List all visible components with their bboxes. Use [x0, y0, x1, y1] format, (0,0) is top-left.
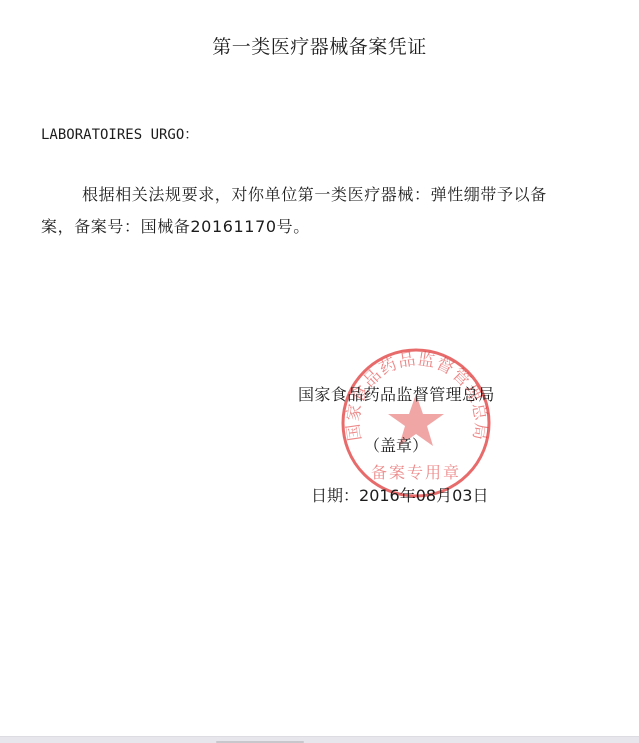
horizontal-scrollbar-track[interactable] [0, 736, 639, 743]
issuing-authority: 国家食品药品监督管理总局 [298, 382, 495, 405]
seal-note: （盖章） [364, 433, 428, 456]
body-text-line-2: 案，备案号：国械备20161170号。 [41, 214, 310, 237]
addressee: LABORATOIRES URGO： [41, 124, 198, 144]
body-text-line-1: 根据相关法规要求，对你单位第一类医疗器械：弹性绷带予以备 [82, 182, 547, 205]
date-label: 日期： [311, 486, 359, 505]
issue-date: 日期：2016年08月03日 [311, 483, 488, 506]
document-page: 第一类医疗器械备案凭证 LABORATOIRES URGO： 根据相关法规要求，… [0, 0, 639, 736]
official-seal-stamp: 国家食品药品监督管理总局 备案专用章 [339, 346, 493, 500]
date-value: 2016年08月03日 [359, 486, 488, 505]
stamp-bottom-text: 备案专用章 [371, 463, 461, 482]
document-title: 第一类医疗器械备案凭证 [0, 32, 639, 59]
